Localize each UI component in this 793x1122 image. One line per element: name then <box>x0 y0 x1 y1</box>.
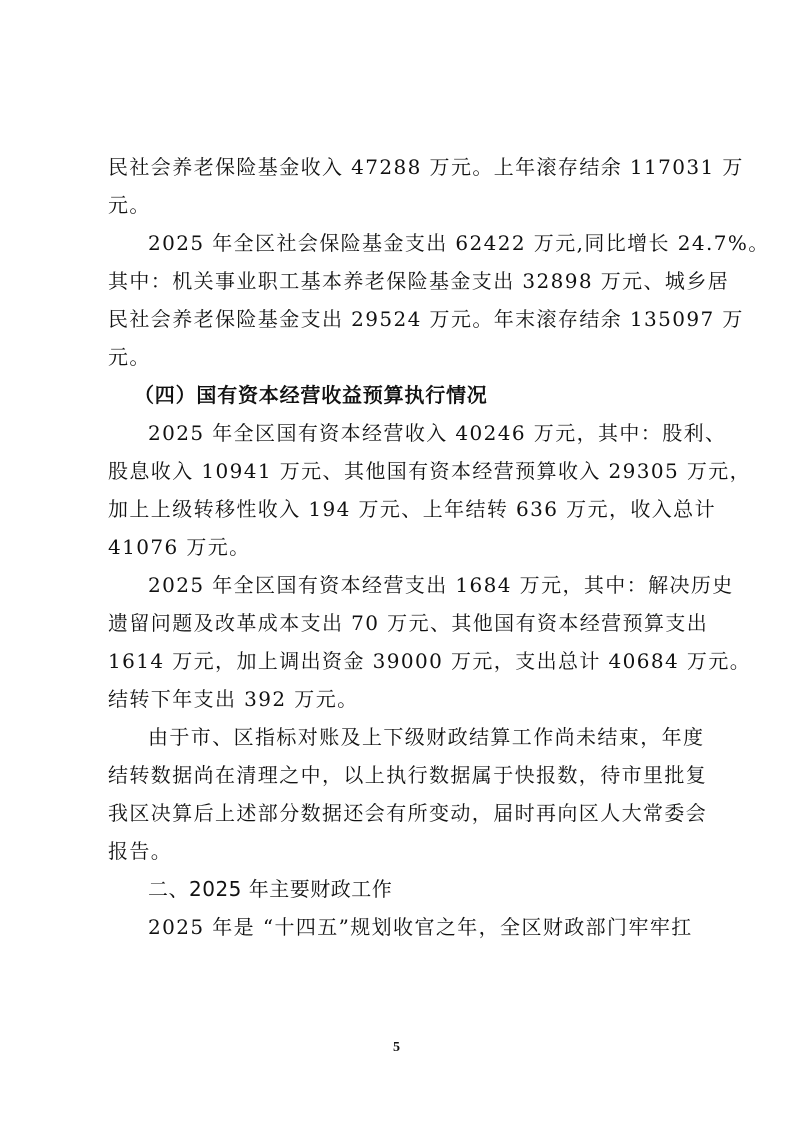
paragraph-line: 2025 年全区国有资本经营支出 1684 万元，其中：解决历史 <box>108 566 686 604</box>
paragraph-line: 报告。 <box>108 832 686 870</box>
paragraph-line: 2025 年全区国有资本经营收入 40246 万元，其中：股利、 <box>108 414 686 452</box>
paragraph-line: 结转下年支出 392 万元。 <box>108 680 686 718</box>
paragraph-line: 结转数据尚在清理之中，以上执行数据属于快报数，待市里批复 <box>108 756 686 794</box>
section-heading: （四）国有资本经营收益预算执行情况 <box>108 376 686 414</box>
paragraph-line: 元。 <box>108 338 686 376</box>
paragraph-line: 股息收入 10941 万元、其他国有资本经营预算收入 29305 万元， <box>108 452 686 490</box>
document-page: 民社会养老保险基金收入 47288 万元。上年滚存结余 117031 万 元。 … <box>108 148 686 946</box>
paragraph-line: 我区决算后上述部分数据还会有所变动，届时再向区人大常委会 <box>108 794 686 832</box>
paragraph-line: 1614 万元，加上调出资金 39000 万元，支出总计 40684 万元。 <box>108 642 686 680</box>
paragraph-line: 民社会养老保险基金收入 47288 万元。上年滚存结余 117031 万 <box>108 148 686 186</box>
paragraph-line: 遗留问题及改革成本支出 70 万元、其他国有资本经营预算支出 <box>108 604 686 642</box>
chapter-heading: 二、2025 年主要财政工作 <box>108 870 686 908</box>
paragraph-line: 由于市、区指标对账及上下级财政结算工作尚未结束，年度 <box>108 718 686 756</box>
paragraph-line: 41076 万元。 <box>108 528 686 566</box>
paragraph-line: 民社会养老保险基金支出 29524 万元。年末滚存结余 135097 万 <box>108 300 686 338</box>
paragraph-line: 2025 年是 “十四五”规划收官之年，全区财政部门牢牢扛 <box>108 908 686 946</box>
page-number: 5 <box>0 1040 793 1056</box>
paragraph-line: 加上上级转移性收入 194 万元、上年结转 636 万元，收入总计 <box>108 490 686 528</box>
paragraph-line: 2025 年全区社会保险基金支出 62422 万元,同比增长 24.7%。 <box>108 224 686 262</box>
paragraph-line: 其中：机关事业职工基本养老保险基金支出 32898 万元、城乡居 <box>108 262 686 300</box>
paragraph-line: 元。 <box>108 186 686 224</box>
